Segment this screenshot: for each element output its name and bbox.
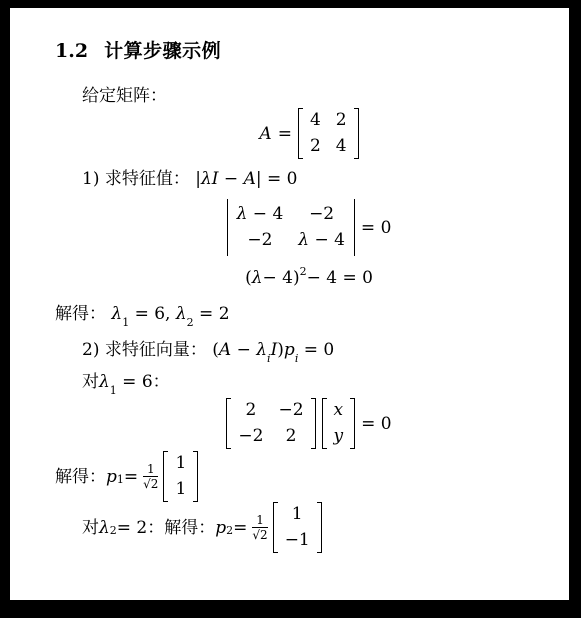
determinant: λ − 4 −2 −2 λ − 4 <box>227 199 355 256</box>
step2-line: 2) 求特征向量： (A − λiI)pi = 0 <box>55 338 563 362</box>
math-var-y: y <box>334 427 344 446</box>
bracket-right <box>193 451 198 502</box>
abs-bar-equals-zero: | = 0 <box>256 169 298 189</box>
matrix-cell: λ − 4 <box>237 205 284 224</box>
fraction-numerator: 1 <box>256 514 264 527</box>
case1-line: 对λ1 = 6： <box>55 370 563 394</box>
eigenvector1-solution-line: 解得： p1 = 1 √2 1 1 <box>55 451 563 502</box>
math-var-lambda: λ <box>111 304 122 324</box>
matrix-cell: −2 <box>247 231 272 250</box>
matrix-cell: 2 <box>286 427 297 446</box>
solve-label: 解得： <box>164 516 215 540</box>
case-label: 对 <box>82 372 99 392</box>
matrix-cell: λ − 4 <box>298 231 345 250</box>
equals-zero: = 0 <box>298 340 334 360</box>
bracket-right <box>350 398 355 449</box>
fraction-numerator: 1 <box>147 463 155 476</box>
bracket-right <box>317 502 322 553</box>
equals-six: = 6, <box>129 304 170 324</box>
math-var-lambda: λ <box>237 204 248 224</box>
solve-label: 解得： <box>55 304 106 324</box>
math-var-A: A <box>259 124 271 144</box>
subscript-2: 2 <box>187 316 194 329</box>
matrix-cell: 1 <box>292 505 303 524</box>
sqrt-radicand: 2 <box>260 527 268 542</box>
matrix-B: 2 −2 −2 2 <box>226 398 315 449</box>
equation-matrix-A: A = 4 2 2 4 <box>55 108 563 159</box>
fraction-one-over-sqrt2: 1 √2 <box>143 463 158 491</box>
section-heading: 1.2计算步骤示例 <box>55 38 563 64</box>
sqrt-radical: √ <box>252 528 260 542</box>
eigenvalue-solution-line: 解得： λ1 = 6, λ2 = 2 <box>55 302 563 326</box>
minus-four-equals-zero: − 4 = 0 <box>307 268 373 288</box>
math-var-lambda: λ <box>99 372 110 392</box>
sqrt-radical: √ <box>143 477 151 491</box>
subscript-1: 1 <box>122 316 129 329</box>
math-var-p: p <box>106 465 117 489</box>
equals-six: = 6 <box>117 372 153 392</box>
matrix-cell: −2 <box>309 205 334 224</box>
matrix-cell: 4 <box>336 137 347 156</box>
equals-two: = 2 <box>194 304 230 324</box>
sqrt-radicand: 2 <box>151 476 159 491</box>
matrix-cell: 4 <box>310 111 321 130</box>
math-var-lambda: λ <box>256 340 267 360</box>
matrix-cell: −2 <box>238 427 263 446</box>
given-matrix-label: 给定矩阵： <box>82 86 167 106</box>
minus-four: − 4 <box>247 204 283 224</box>
cjk-colon: ： <box>153 372 170 392</box>
matrix-A: 4 2 2 4 <box>298 108 359 159</box>
math-var-A: A <box>219 340 231 360</box>
matrix-cell: 2 <box>246 401 257 420</box>
equals-sign: = <box>278 124 292 144</box>
matrix-cell: −2 <box>278 401 303 420</box>
minus-four-paren: − 4) <box>262 268 299 288</box>
section-title: 计算步骤示例 <box>104 40 221 62</box>
subscript-1: 1 <box>110 384 117 397</box>
math-var-lambda: λ <box>252 268 263 288</box>
step1-line: 1) 求特征值： |λI − A| = 0 <box>55 167 563 191</box>
vector-xy-cells: x y <box>327 398 351 449</box>
bracket-right <box>354 108 359 159</box>
vector-p2-cells: 1 −1 <box>278 502 317 553</box>
determinant-equation: λ − 4 −2 −2 λ − 4 = 0 <box>55 199 563 256</box>
paren-close: ) <box>277 340 284 360</box>
superscript-2: 2 <box>300 266 307 277</box>
eigenvector-system-equation: 2 −2 −2 2 x y = 0 <box>55 398 563 449</box>
equals-sign: = <box>124 465 138 489</box>
vector-p1: 1 1 <box>163 451 198 502</box>
eigenvector2-solution-line: 对λ2 = 2： 解得： p2 = 1 √2 1 −1 <box>55 502 563 553</box>
cjk-colon: ： <box>147 516 164 540</box>
math-var-p: p <box>215 516 226 540</box>
solve-label: 解得： <box>55 465 106 489</box>
subscript-2: 2 <box>226 525 233 536</box>
vector-xy: x y <box>322 398 356 449</box>
math-var-lambda: λ <box>298 230 309 250</box>
vector-p2: 1 −1 <box>273 502 322 553</box>
math-var-lambda: λ <box>99 516 110 540</box>
subscript-2: 2 <box>110 525 117 536</box>
minus-four: − 4 <box>309 230 345 250</box>
paren-open: ( <box>245 268 252 288</box>
case-label: 对 <box>82 516 99 540</box>
fraction-denominator: √2 <box>252 527 267 542</box>
vector-p1-cells: 1 1 <box>168 451 193 502</box>
equals-zero: = 0 <box>361 218 391 238</box>
section-number: 1.2 <box>55 40 88 62</box>
paren-open: ( <box>212 340 219 360</box>
equals-sign: = <box>233 516 247 540</box>
subscript-1: 1 <box>117 474 124 485</box>
matrix-A-cells: 4 2 2 4 <box>303 108 354 159</box>
math-var-lambda: λ <box>176 304 187 324</box>
matrix-cell: 1 <box>175 454 186 473</box>
equals-zero: = 0 <box>361 414 391 434</box>
math-var-lambdaI: λI <box>201 169 219 189</box>
subscript-i: i <box>267 352 271 365</box>
math-var-x: x <box>334 401 344 420</box>
equals-two: = 2 <box>117 516 147 540</box>
step2-label: 2) 求特征向量： <box>82 340 207 360</box>
subscript-i: i <box>295 352 299 365</box>
minus-op: − <box>231 340 256 360</box>
given-matrix-line: 给定矩阵： <box>55 84 563 108</box>
document-page: 1.2计算步骤示例 给定矩阵： A = 4 2 2 4 1) 求特征值： |λI… <box>10 8 569 600</box>
matrix-cell: 1 <box>175 480 186 499</box>
matrix-cell: −1 <box>285 531 310 550</box>
minus-op: − <box>219 169 244 189</box>
matrix-cell: 2 <box>336 111 347 130</box>
determinant-cells: λ − 4 −2 −2 λ − 4 <box>228 199 354 256</box>
math-var-A: A <box>244 169 256 189</box>
matrix-B-cells: 2 −2 −2 2 <box>231 398 310 449</box>
matrix-cell: 2 <box>310 137 321 156</box>
math-var-p: p <box>284 340 295 360</box>
bracket-right <box>311 398 316 449</box>
fraction-denominator: √2 <box>143 476 158 491</box>
det-bar-right <box>354 199 355 256</box>
fraction-one-over-sqrt2: 1 √2 <box>252 514 267 542</box>
quadratic-equation: (λ − 4)2 − 4 = 0 <box>55 268 563 288</box>
step1-label: 1) 求特征值： <box>82 169 190 189</box>
screenshot-root: { "document": { "heading": { "number": "… <box>0 0 581 618</box>
